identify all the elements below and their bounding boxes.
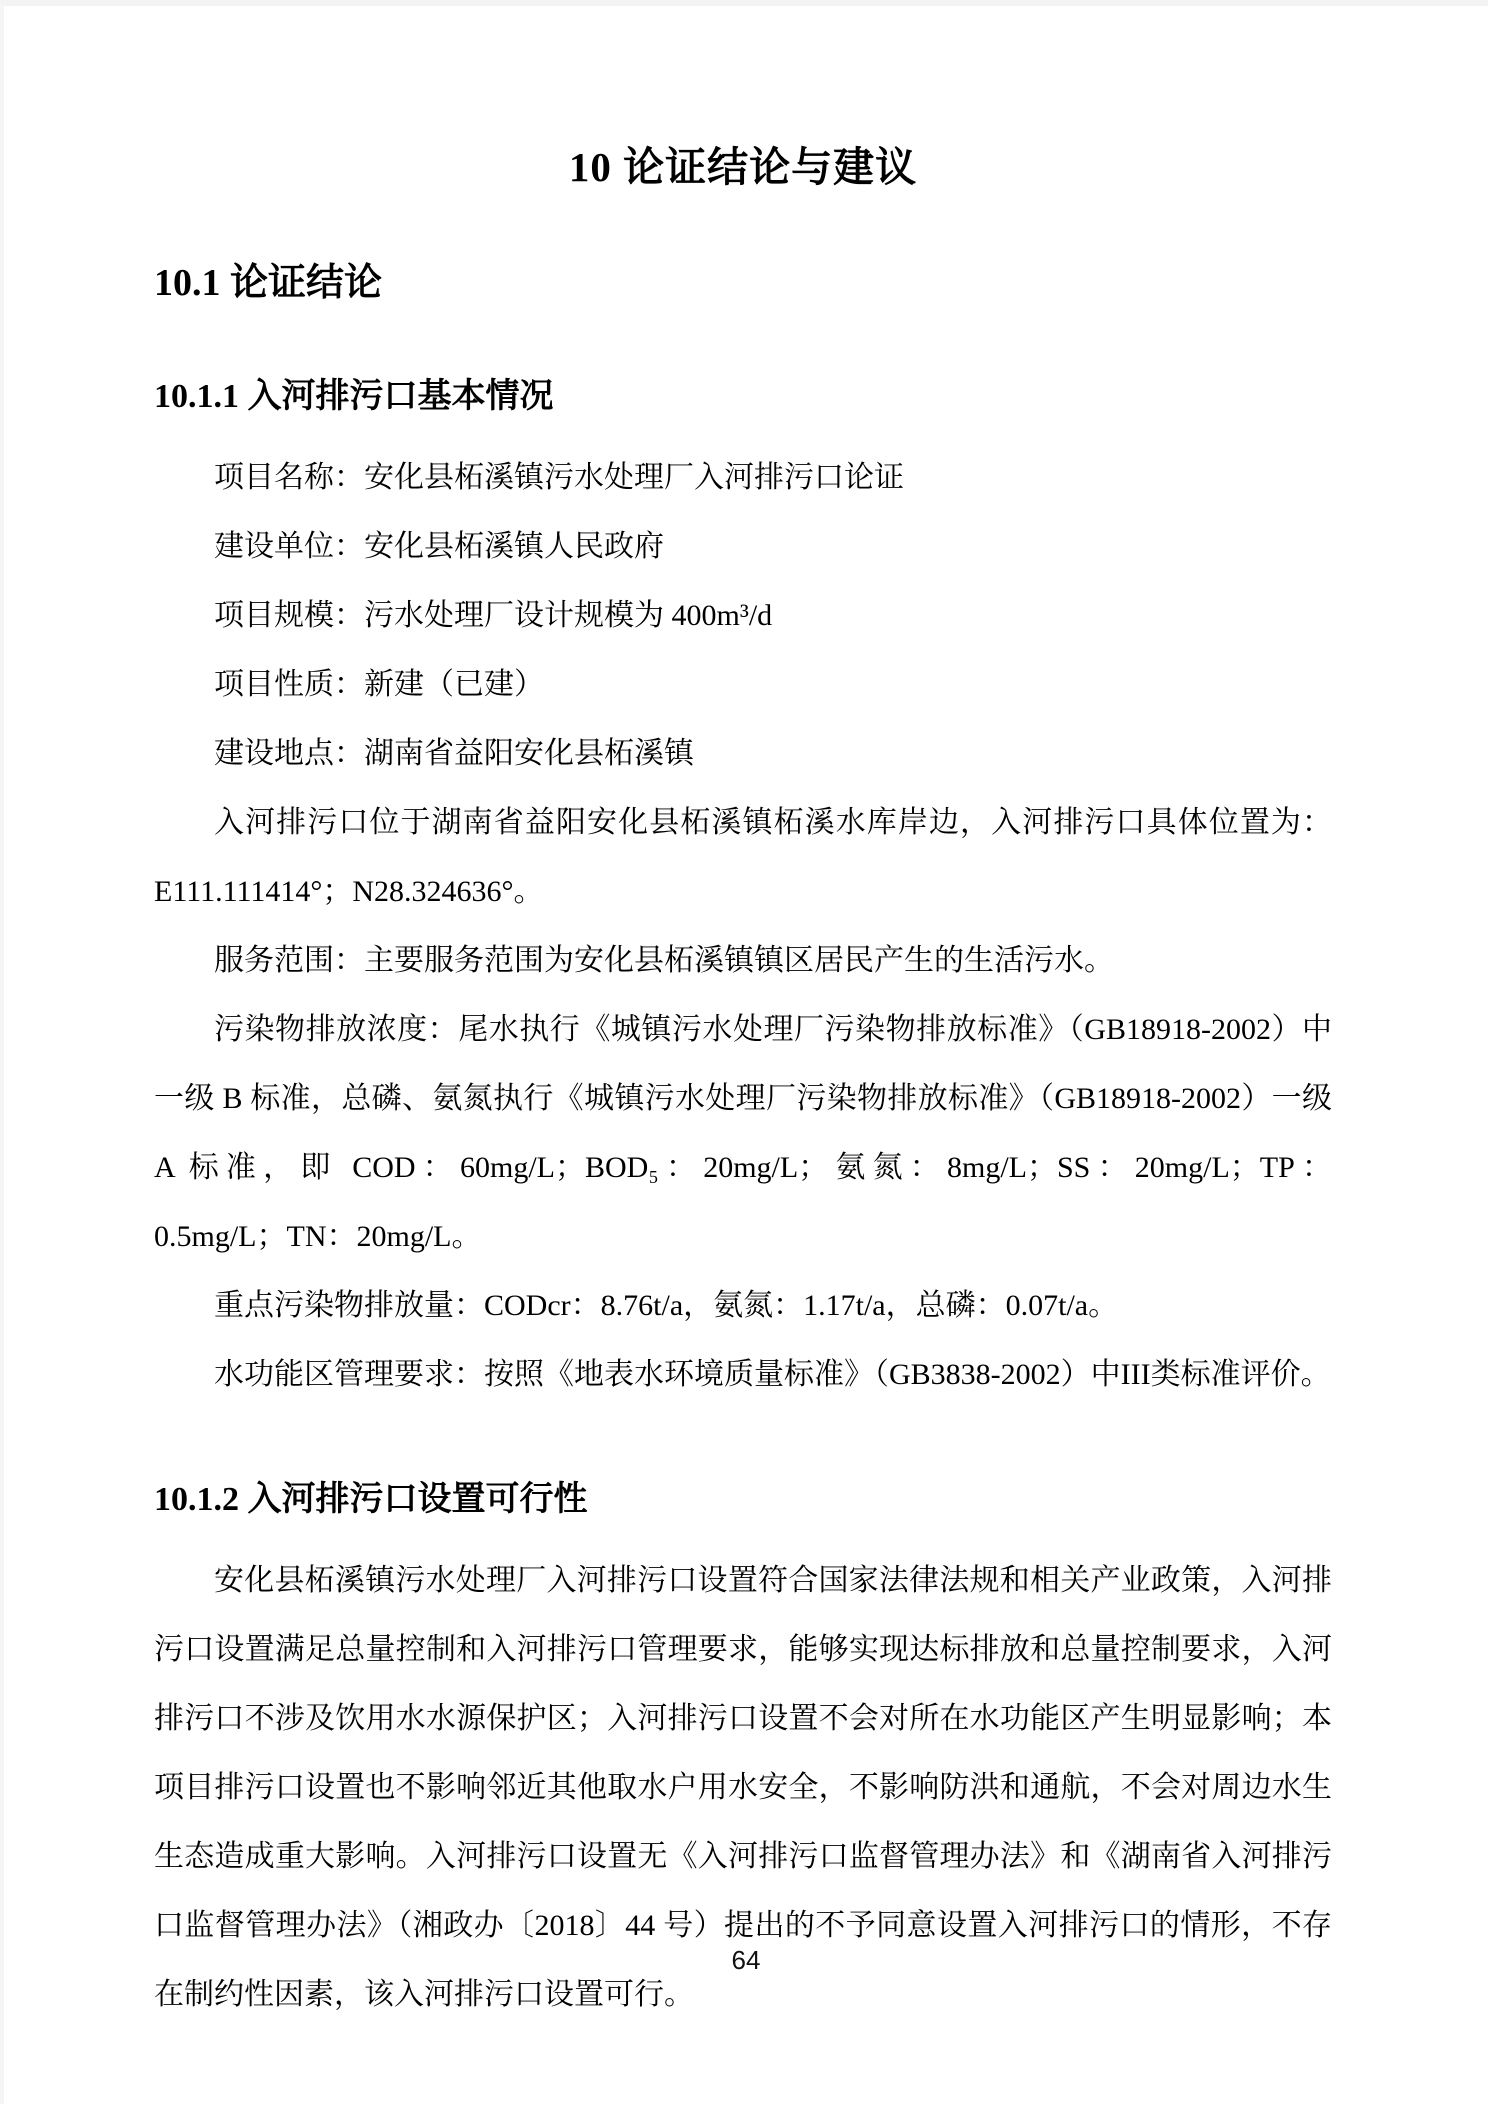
paragraph-construction-unit: 建设单位：安化县柘溪镇人民政府 — [154, 512, 1332, 581]
paragraph-project-nature: 项目性质：新建（已建） — [154, 650, 1332, 719]
paragraph-project-name: 项目名称：安化县柘溪镇污水处理厂入河排污口论证 — [154, 443, 1332, 512]
paragraph-water-function-zone-requirement: 水功能区管理要求：按照《地表水环境质量标准》（GB3838-2002）中III类… — [154, 1340, 1332, 1409]
paragraph-key-pollutant-amounts: 重点污染物排放量：CODcr：8.76t/a，氨氮：1.17t/a，总磷：0.0… — [154, 1271, 1332, 1340]
paragraph-outlet-location: 入河排污口位于湖南省益阳安化县柘溪镇柘溪水库岸边，入河排污口具体位置为：E111… — [154, 788, 1332, 926]
paragraph-pollutant-discharge-concentration: 污染物排放浓度：尾水执行《城镇污水处理厂污染物排放标准》（GB18918-200… — [154, 995, 1332, 1271]
subsection-heading-10-1-1: 10.1.1 入河排污口基本情况 — [154, 368, 1332, 417]
section-heading-10-1: 10.1 论证结论 — [154, 251, 1332, 306]
document-page: 10 论证结论与建议 10.1 论证结论 10.1.1 入河排污口基本情况 项目… — [0, 0, 1488, 2104]
doc-title: 10 论证结论与建议 — [154, 134, 1332, 193]
paragraph-service-scope: 服务范围：主要服务范围为安化县柘溪镇镇区居民产生的生活污水。 — [154, 926, 1332, 995]
subsection-heading-10-1-2: 10.1.2 入河排污口设置可行性 — [154, 1471, 1332, 1520]
paragraph-project-scale: 项目规模：污水处理厂设计规模为 400m³/d — [154, 581, 1332, 650]
page-content: 10 论证结论与建议 10.1 论证结论 10.1.1 入河排污口基本情况 项目… — [4, 6, 1488, 2029]
page-number: 64 — [4, 1945, 1488, 1976]
paragraph-construction-site: 建设地点：湖南省益阳安化县柘溪镇 — [154, 719, 1332, 788]
